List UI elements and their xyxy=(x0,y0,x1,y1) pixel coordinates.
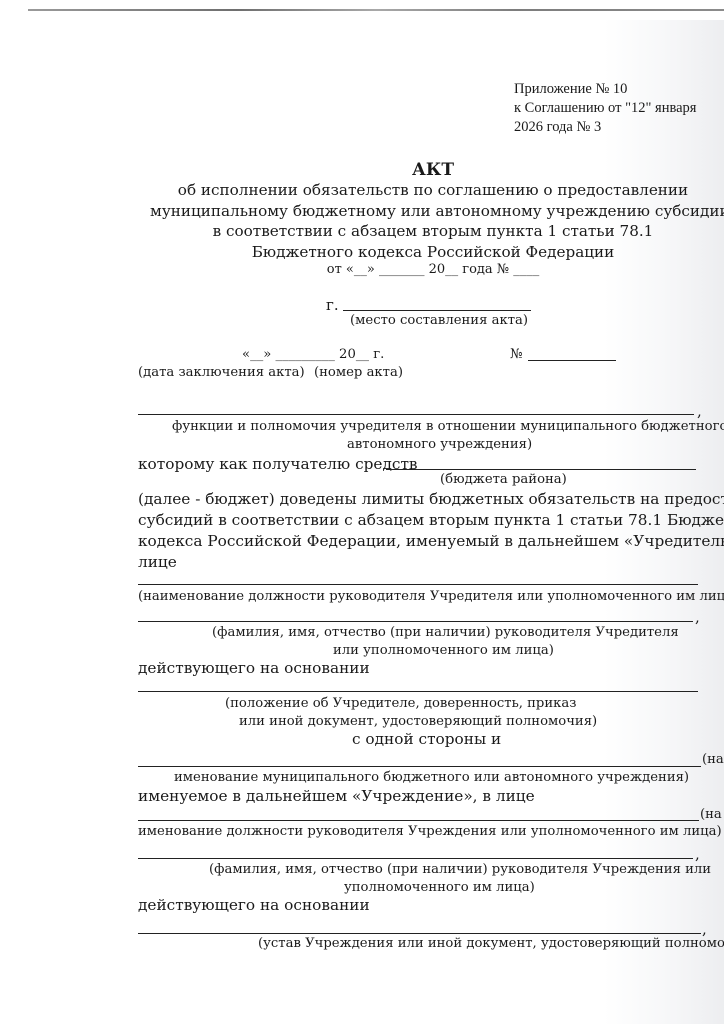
founder-caption-line-1: функции и полномочия учредителя в отноше… xyxy=(172,419,724,434)
subtitle-line-1: об исполнении обязательств по соглашению… xyxy=(150,180,716,201)
place-caption: (место составления акта) xyxy=(350,313,528,328)
founder-basis-caption-line-1: (положение об Учредителе, доверенность, … xyxy=(225,696,576,711)
founder-fio-caption-line-1: (фамилия, имя, отчество (при наличии) ру… xyxy=(212,625,679,640)
institution-basis-caption: (устав Учреждения или иной документ, удо… xyxy=(258,936,724,951)
paragraph-line-4: лице xyxy=(138,552,724,573)
founder-position-field[interactable] xyxy=(138,584,698,585)
institution-fio-comma: , xyxy=(695,845,700,863)
institution-position-suffix: (на xyxy=(700,807,722,822)
document-subtitle: об исполнении обязательств по соглашению… xyxy=(150,180,716,262)
founder-fio-field[interactable] xyxy=(138,621,693,622)
document-title: АКТ xyxy=(150,160,716,180)
act-date-caption: (дата заключения акта) xyxy=(138,365,305,380)
act-date-field[interactable]: «__» _________ 20__ г. xyxy=(242,347,384,362)
institution-name-suffix: (на xyxy=(702,752,724,767)
institution-fio-caption-line-1: (фамилия, имя, отчество (при наличии) ру… xyxy=(209,862,711,877)
founder-fio-caption-line-2: или уполномоченного им лица) xyxy=(333,643,554,658)
founder-comma: , xyxy=(697,402,702,420)
appendix-line-1: Приложение № 10 xyxy=(514,80,696,99)
recipient-caption: (бюджета района) xyxy=(440,472,567,487)
institution-position-field[interactable] xyxy=(138,820,699,821)
founder-position-caption: (наименование должности руководителя Учр… xyxy=(138,589,724,604)
institution-fio-caption-line-2: уполномоченного им лица) xyxy=(344,880,535,895)
one-side-text: с одной стороны и xyxy=(352,730,501,748)
institution-name-field[interactable] xyxy=(138,766,701,767)
founder-fio-comma: , xyxy=(695,608,700,626)
founder-basis-caption-line-2: или иной документ, удостоверяющий полном… xyxy=(239,714,597,729)
subtitle-line-3: в соответствии с абзацем вторым пункта 1… xyxy=(150,221,716,242)
institution-basis-label: действующего на основании xyxy=(138,896,370,914)
act-number-prefix: № xyxy=(510,347,522,362)
founder-basis-label: действующего на основании xyxy=(138,659,370,677)
founder-caption-line-2: автономного учреждения) xyxy=(347,437,532,452)
institution-name-caption: именование муниципального бюджетного или… xyxy=(174,770,689,785)
institution-position-caption: именование должности руководителя Учрежд… xyxy=(138,824,722,839)
founder-basis-field[interactable] xyxy=(138,691,698,692)
place-prefix: г. xyxy=(326,296,339,314)
appendix-line-3: 2026 года № 3 xyxy=(514,118,696,137)
subtitle-line-4: Бюджетного кодекса Российской Федерации xyxy=(150,242,716,263)
institution-fio-field[interactable] xyxy=(138,858,693,859)
agreement-dateline: от «__» _______ 20__ года № ____ xyxy=(150,262,716,277)
act-number-caption: (номер акта) xyxy=(314,365,403,380)
paragraph-line-2: субсидий в соответствии с абзацем вторым… xyxy=(138,510,724,531)
place-field[interactable] xyxy=(343,310,531,311)
act-number-field[interactable] xyxy=(528,360,616,361)
paragraph-line-3: кодекса Российской Федерации, именуемый … xyxy=(138,531,724,552)
appendix-line-2: к Соглашению от "12" января xyxy=(514,99,696,118)
recipient-field[interactable] xyxy=(386,469,696,470)
subtitle-line-2: муниципальному бюджетному или автономном… xyxy=(150,201,716,222)
institution-basis-field[interactable] xyxy=(138,933,701,934)
recipient-label: которому как получателю средств xyxy=(138,455,418,473)
appendix-note: Приложение № 10 к Соглашению от "12" янв… xyxy=(514,80,696,137)
scan-edge-line xyxy=(28,9,724,11)
paragraph-line-1: (далее - бюджет) доведены лимиты бюджетн… xyxy=(138,489,724,510)
founder-paragraph: (далее - бюджет) доведены лимиты бюджетн… xyxy=(138,489,724,573)
institution-named-as: именуемое в дальнейшем «Учреждение», в л… xyxy=(138,787,535,805)
founder-name-field[interactable] xyxy=(138,414,694,415)
